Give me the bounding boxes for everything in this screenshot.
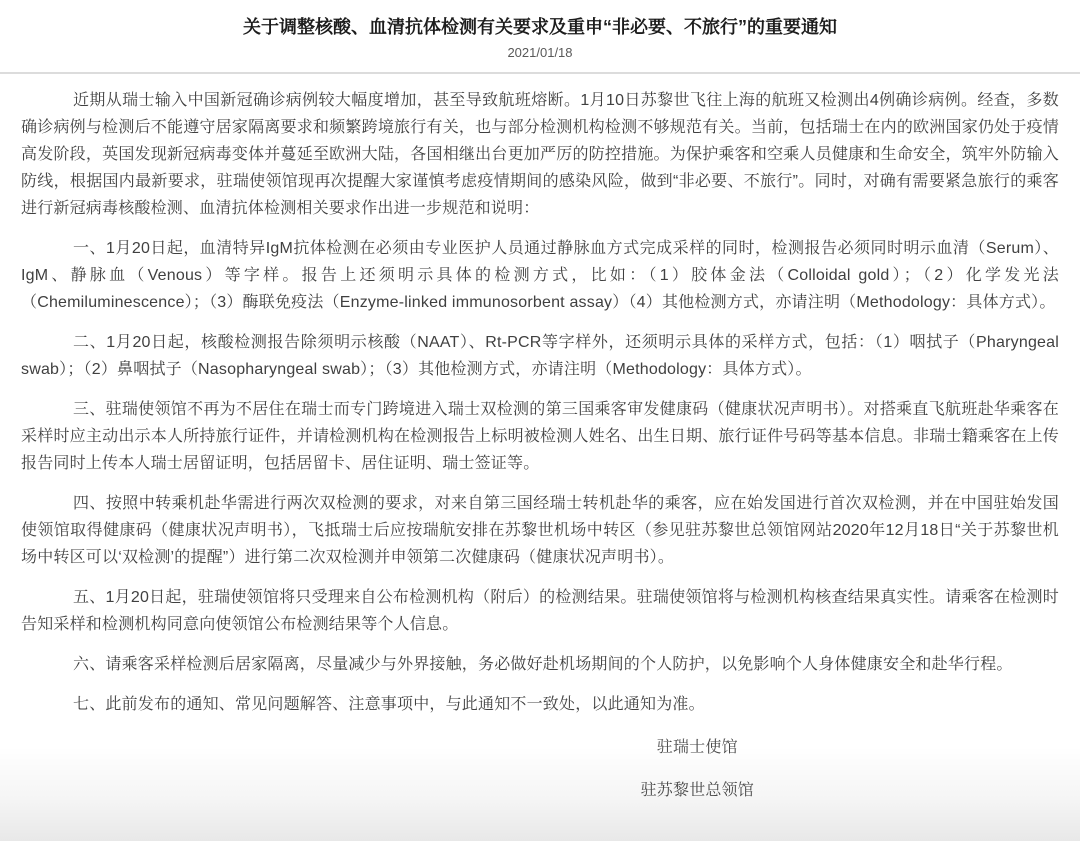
notice-paragraph-item1: 一、1月20日起，血清特异IgM抗体检测在必须由专业医护人员通过静脉血方式完成采… [21,235,1059,316]
notice-document: 关于调整核酸、血清抗体检测有关要求及重申“非必要、不旅行”的重要通知 2021/… [0,0,1080,841]
notice-date: 2021/01/18 [0,45,1080,60]
signature-embassy: 驻瑞士使馆 [641,734,754,762]
notice-paragraph-item3: 三、驻瑞使领馆不再为不居住在瑞士而专门跨境进入瑞士双检测的第三国乘客审发健康码（… [21,396,1059,477]
signature-block: 驻瑞士使馆 驻苏黎世总领馆 [641,734,754,805]
signature-consulate: 驻苏黎世总领馆 [641,777,754,805]
notice-title: 关于调整核酸、血清抗体检测有关要求及重申“非必要、不旅行”的重要通知 [0,0,1080,38]
notice-paragraph-item5: 五、1月20日起，驻瑞使领馆将只受理来自公布检测机构（附后）的检测结果。驻瑞使领… [21,584,1059,638]
notice-paragraph-intro: 近期从瑞士输入中国新冠确诊病例较大幅度增加，甚至导致航班熔断。1月10日苏黎世飞… [21,87,1059,222]
notice-body: 近期从瑞士输入中国新冠确诊病例较大幅度增加，甚至导致航班熔断。1月10日苏黎世飞… [0,74,1080,805]
notice-paragraph-item2: 二、1月20日起，核酸检测报告除须明示核酸（NAAT）、Rt-PCR等字样外，还… [21,329,1059,383]
notice-paragraph-item6: 六、请乘客采样检测后居家隔离，尽量减少与外界接触，务必做好赴机场期间的个人防护，… [21,651,1059,678]
notice-paragraph-item4: 四、按照中转乘机赴华需进行两次双检测的要求，对来自第三国经瑞士转机赴华的乘客，应… [21,490,1059,571]
notice-paragraph-item7: 七、此前发布的通知、常见问题解答、注意事项中，与此通知不一致处，以此通知为准。 [21,691,1059,718]
